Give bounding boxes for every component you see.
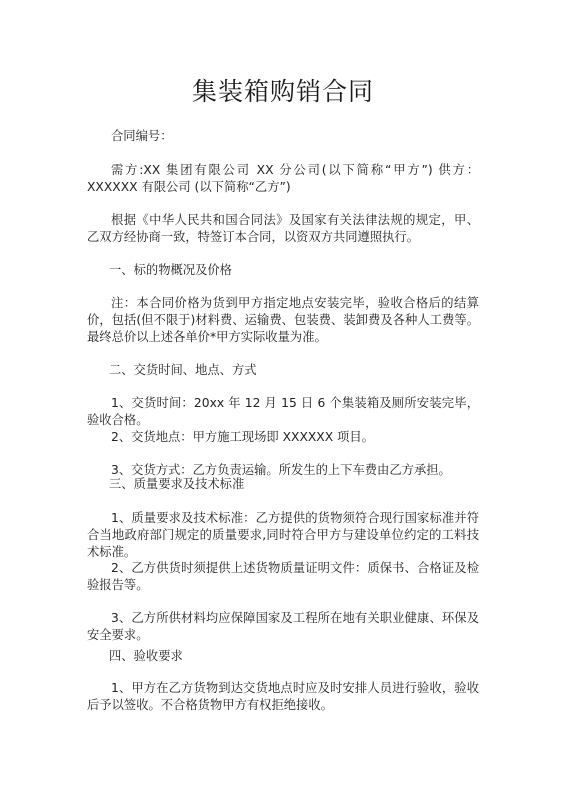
section-heading-4: 四、验收要求 <box>87 648 479 665</box>
parties-paragraph: 需方:XX 集团有限公司 XX 分公司(以下简称“甲方”) 供方：XXXXXX … <box>87 162 479 196</box>
document-title: 集装箱购销合同 <box>0 76 566 108</box>
document-page: 集装箱购销合同 合同编号： 需方:XX 集团有限公司 XX 分公司(以下简称“甲… <box>0 0 566 800</box>
section-3-item-3: 3、乙方所供材料均应保障国家及工程所在地有关职业健康、环保及安全要求。 <box>87 610 479 644</box>
preamble-paragraph: 根据《中华人民共和国合同法》及国家有关法律法规的规定，甲、乙双方经协商一致，特签… <box>87 212 479 246</box>
contract-number-label: 合同编号： <box>87 128 479 145</box>
section-1-item-1: 注：本合同价格为货到甲方指定地点安装完毕，验收合格后的结算价，包括(但不限于)材… <box>87 295 479 346</box>
section-3-item-1: 1、质量要求及技术标准：乙方提供的货物须符合现行国家标准并符合当地政府部门规定的… <box>87 510 479 561</box>
section-3-item-2: 2、乙方供货时须提供上述货物质量证明文件：质保书、合格证及检验报告等。 <box>87 560 479 594</box>
section-2-item-2: 2、交货地点：甲方施工现场即 XXXXXX 项目。 <box>87 429 479 446</box>
section-heading-1: 一、标的物概况及价格 <box>87 262 479 279</box>
section-heading-2: 二、交货时间、地点、方式 <box>87 362 479 379</box>
section-heading-3: 三、质量要求及技术标准 <box>87 476 479 493</box>
section-2-item-1: 1、交货时间：20xx 年 12 月 15 日 6 个集装箱及厕所安装完毕，验收… <box>87 395 479 429</box>
section-4-item-1: 1、甲方在乙方货物到达交货地点时应及时安排人员进行验收，验收后予以签收。不合格货… <box>87 680 479 714</box>
